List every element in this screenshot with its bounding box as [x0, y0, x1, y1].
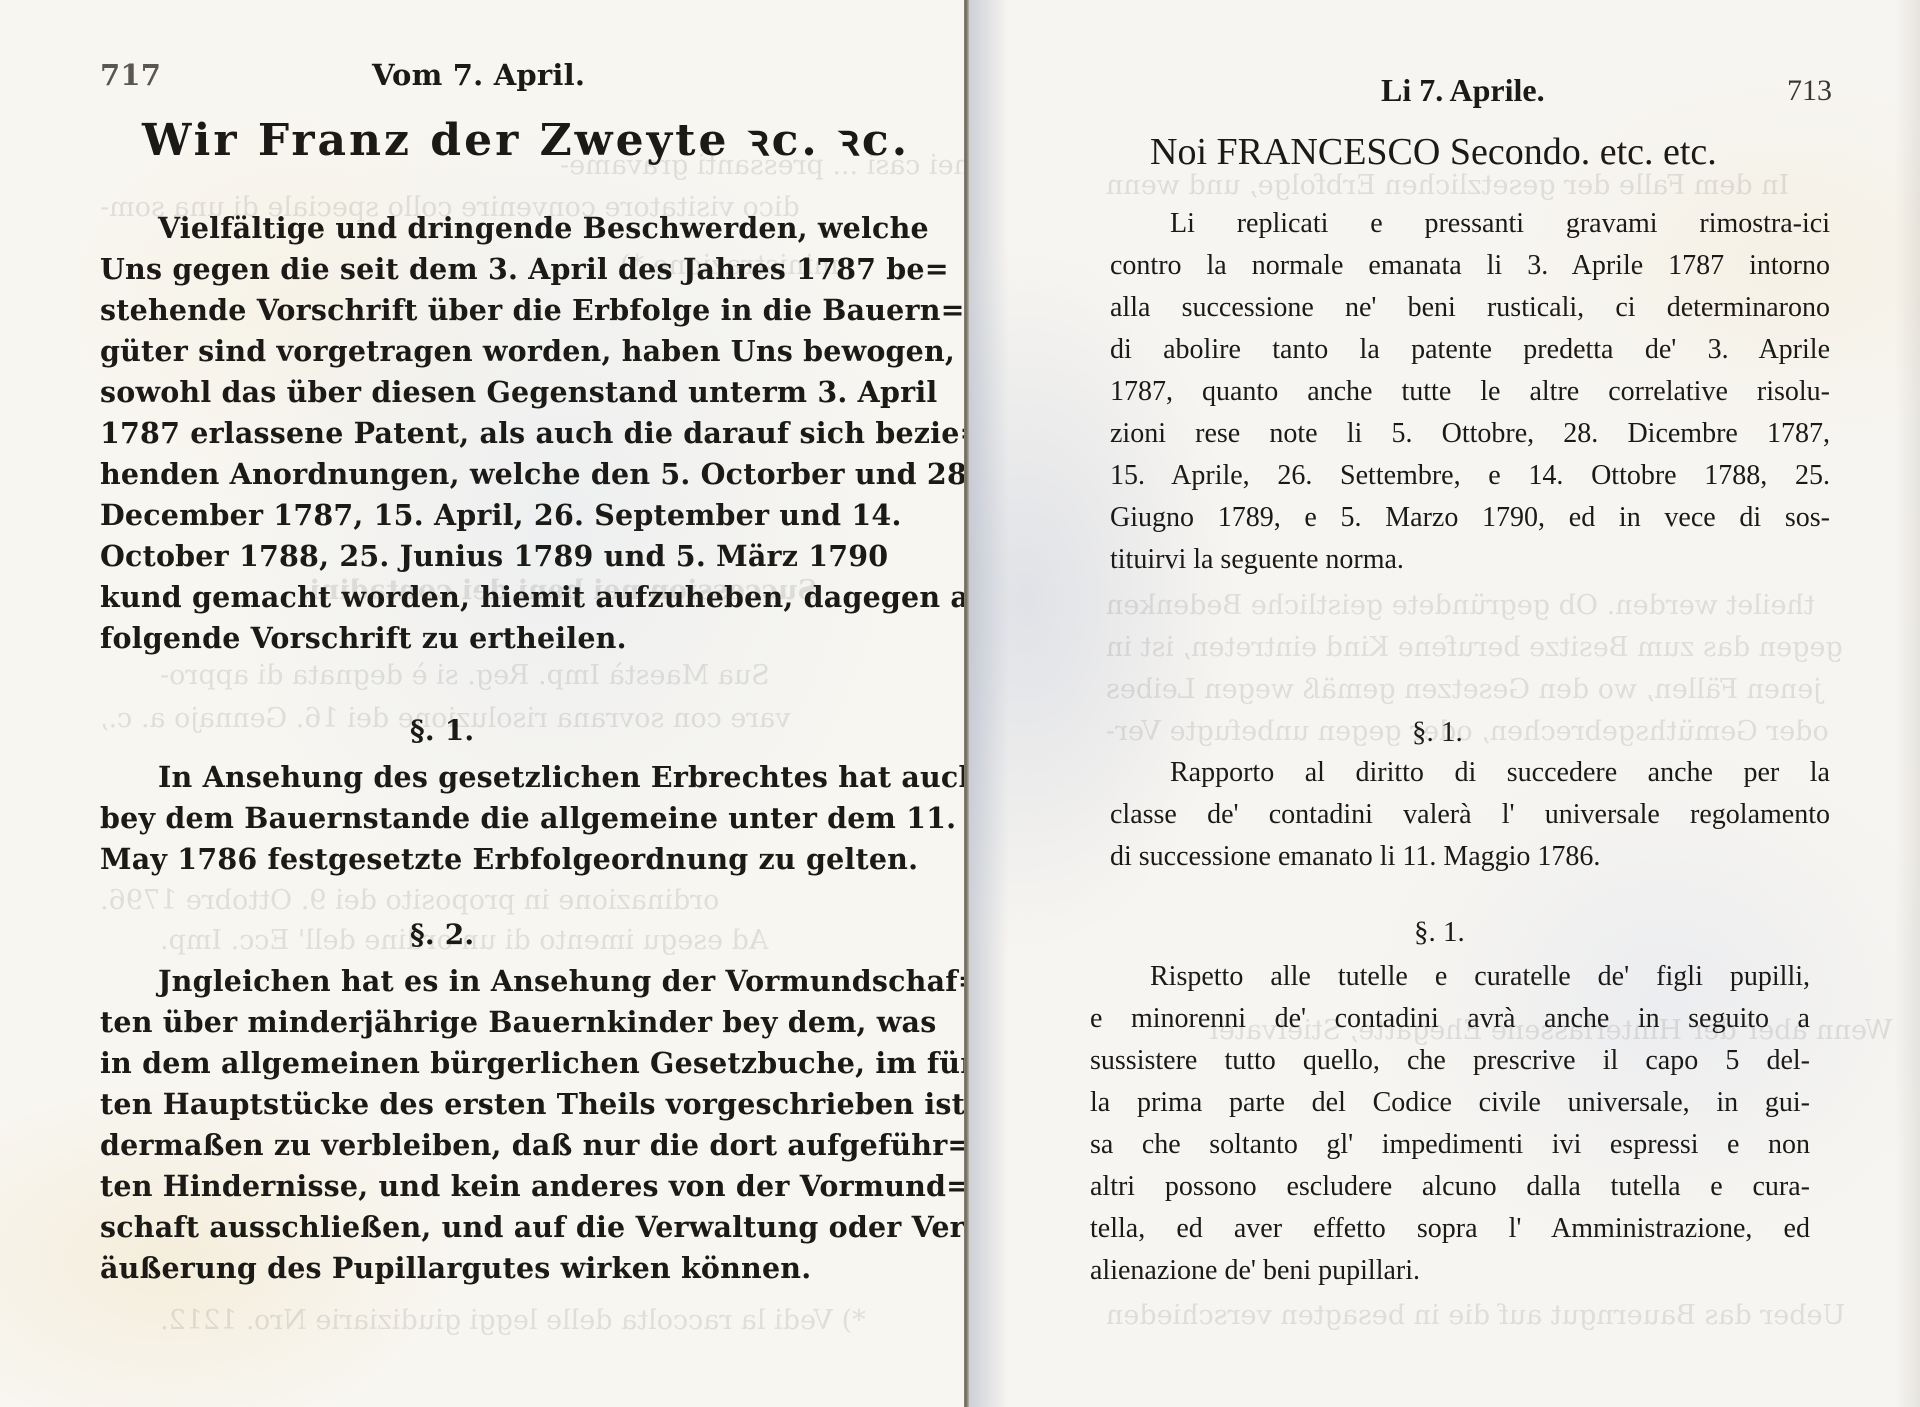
text-line: güter sind vorgetragen worden, haben Uns…: [100, 331, 828, 372]
text-line: tituirvi la seguente norma.: [1110, 539, 1830, 581]
text-line: in dem allgemeinen bürgerlichen Gesetzbu…: [100, 1043, 828, 1084]
text-line: 15. Aprile, 26. Settembre, e 14. Ottobre…: [1110, 455, 1830, 497]
text-line: Li replicati e pressanti gravami rimostr…: [1110, 203, 1830, 245]
preamble-paragraph: Vielfältige und dringende Beschwerden, w…: [100, 208, 828, 659]
page-number: 717: [100, 58, 161, 92]
text-line: classe de' contadini valerà l' universal…: [1110, 794, 1830, 836]
text-line: In Ansehung des gesetzlichen Erbrechtes …: [100, 757, 828, 798]
text-line: di successione emanato li 11. Maggio 178…: [1110, 836, 1830, 878]
text-line: Giugno 1789, e 5. Marzo 1790, ed in vece…: [1110, 497, 1830, 539]
bleed-through-text: theilet werden. Ob gegründete geistliche…: [1106, 590, 1815, 621]
running-head: Vom 7. April.: [372, 58, 585, 92]
gutter-shadow: [969, 0, 1009, 1407]
preamble-paragraph: Li replicati e pressanti gravami rimostr…: [1110, 203, 1830, 581]
section-heading: §. 2.: [410, 918, 474, 951]
left-page: nei casi ... pressanti gravame- dico vis…: [0, 0, 966, 1407]
bleed-through-text: jenen Fällen, wo den Gesetzen gemäß wege…: [1106, 674, 1822, 705]
text-line: ten über minderjährige Bauernkinder bey …: [100, 1002, 828, 1043]
bleed-through-text: Sua Maestà Imp. Reg. si è degnata di app…: [160, 660, 770, 691]
text-line: ten Hindernisse, und kein anderes von de…: [100, 1166, 828, 1207]
text-line: ten Hauptstücke des ersten Theils vorges…: [100, 1084, 828, 1125]
text-line: Vielfältige und dringende Beschwerden, w…: [100, 208, 828, 249]
text-line: folgende Vorschrift zu ertheilen.: [100, 618, 828, 659]
text-line: sa che soltanto gl' impedimenti ivi espr…: [1090, 1124, 1810, 1166]
text-line: May 1786 festgesetzte Erbfolgeordnung zu…: [100, 839, 828, 880]
page-edge-shadow: [1895, 0, 1920, 1407]
section-2-paragraph: Jngleichen hat es in Ansehung der Vormun…: [100, 961, 828, 1289]
text-line: Rispetto alle tutelle e curatelle de' fi…: [1090, 956, 1810, 998]
section-1-paragraph: Rapporto al diritto di succedere anche p…: [1110, 752, 1830, 878]
text-line: kund gemacht worden, hiemit aufzuheben, …: [100, 577, 828, 618]
text-line: schaft ausschließen, und auf die Verwalt…: [100, 1207, 828, 1248]
text-line: alla successione ne' beni rusticali, ci …: [1110, 287, 1830, 329]
text-line: bey dem Bauernstande die allgemeine unte…: [100, 798, 828, 839]
text-line: sussistere tutto quello, che prescrive i…: [1090, 1040, 1810, 1082]
section-2-paragraph: Rispetto alle tutelle e curatelle de' fi…: [1090, 956, 1810, 1292]
text-line: henden Anordnungen, welche den 5. Octorb…: [100, 454, 828, 495]
decree-title: Wir Franz der Zweyte ꝛc. ꝛc.: [142, 108, 910, 168]
bleed-through-text: *) Vedi la raccolta delle leggi giudizia…: [160, 1305, 866, 1336]
text-line: di abolire tanto la patente predetta de'…: [1110, 329, 1830, 371]
decree-title: Noi FRANCESCO Secondo. etc. etc.: [1150, 130, 1717, 174]
page-number: 713: [1787, 74, 1832, 108]
text-line: Jngleichen hat es in Ansehung der Vormun…: [100, 961, 828, 1002]
text-line: la prima parte del Codice civile univers…: [1090, 1082, 1810, 1124]
section-1-paragraph: In Ansehung des gesetzlichen Erbrechtes …: [100, 757, 828, 880]
section-heading: §. 1.: [410, 714, 474, 747]
section-heading: §. 1.: [1412, 716, 1463, 749]
text-line: December 1787, 15. April, 26. September …: [100, 495, 828, 536]
text-line: October 1788, 25. Junius 1789 und 5. Mär…: [100, 536, 828, 577]
bleed-through-text: oder Gemüthsgebrechen, oder gegen unbefu…: [1106, 716, 1829, 747]
text-line: contro la normale emanata li 3. Aprile 1…: [1110, 245, 1830, 287]
text-line: altri possono escludere alcuno dalla tut…: [1090, 1166, 1810, 1208]
text-line: stehende Vorschrift über die Erbfolge in…: [100, 290, 828, 331]
bleed-through-text: In dem Falle der gesetzlichen Erbfolge, …: [1106, 170, 1789, 201]
text-line: alienazione de' beni pupillari.: [1090, 1250, 1810, 1292]
text-line: zioni rese note li 5. Ottobre, 28. Dicem…: [1110, 413, 1830, 455]
section-heading: §. 1.: [1414, 916, 1465, 949]
text-line: 1787 erlassene Patent, als auch die dara…: [100, 413, 828, 454]
text-line: 1787, quanto anche tutte le altre correl…: [1110, 371, 1830, 413]
text-line: e minorenni de' contadini avrà anche in …: [1090, 998, 1810, 1040]
text-line: sowohl das über diesen Gegenstand unterm…: [100, 372, 828, 413]
bleed-through-text: ordinazione in proposito dei 9. Ottobre …: [100, 885, 719, 916]
text-line: dermaßen zu verbleiben, daß nur die dort…: [100, 1125, 828, 1166]
bleed-through-text: gegen das zum Besitze berufene Kind eint…: [1106, 632, 1843, 663]
text-line: Uns gegen die seit dem 3. April des Jahr…: [100, 249, 828, 290]
text-line: äußerung des Pupillargutes wirken können…: [100, 1248, 828, 1289]
bleed-through-text: Ueber das Bauerngut auf die in besagten …: [1106, 1300, 1845, 1331]
text-line: tella, ed aver effetto sopra l' Amminist…: [1090, 1208, 1810, 1250]
running-head: Li 7. Aprile.: [1381, 72, 1545, 109]
text-line: Rapporto al diritto di succedere anche p…: [1110, 752, 1830, 794]
